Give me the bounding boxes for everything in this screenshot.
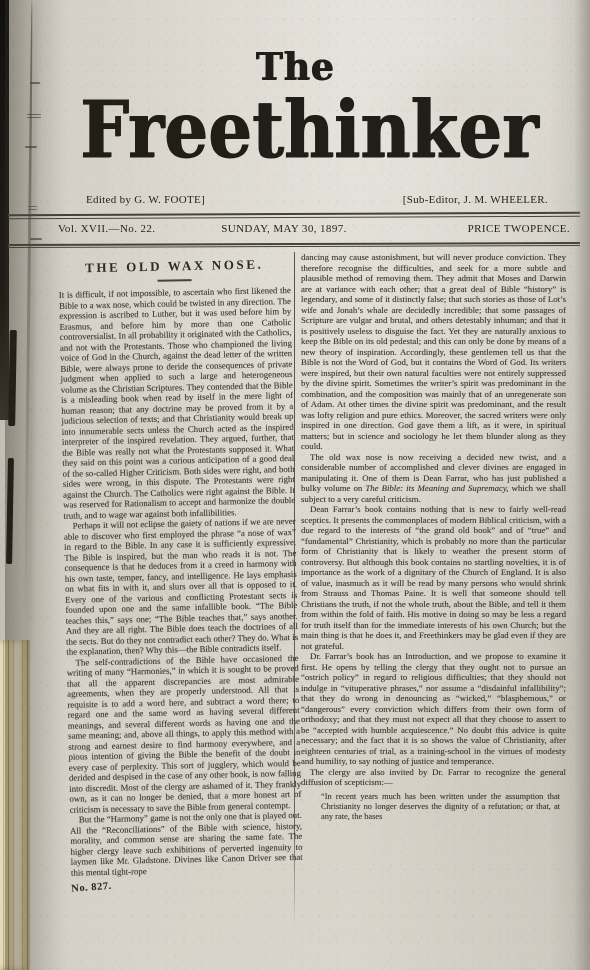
article-paragraph: dancing may cause astonishment, but will… — [301, 252, 566, 452]
page-crease — [24, 0, 34, 660]
editor-line: Edited by G. W. FOOTE] [Sub-Editor, J. M… — [86, 194, 548, 206]
issue-number: No. 827. — [71, 881, 112, 895]
article-paragraph: The old wax nose is now receiving a deci… — [301, 452, 566, 505]
headline-divider — [158, 279, 192, 282]
article-body-right: dancing may cause astonishment, but will… — [301, 252, 566, 788]
page-edge-mark — [8, 330, 17, 426]
editor-credit: Edited by G. W. FOOTE] — [86, 194, 205, 206]
article-paragraph: The self-contradictions of the Bible hav… — [66, 652, 301, 814]
page-edge-mark — [6, 458, 14, 564]
masthead-rule — [8, 216, 580, 219]
farrar-blockquote: “In recent years much has been written u… — [321, 792, 560, 822]
page-edge-stack — [0, 640, 30, 970]
book-title-italic: The Bible: its Meaning and Supremacy, — [365, 483, 508, 493]
left-column: THE OLD WAX NOSE. It is difficult, if no… — [58, 252, 303, 896]
scan-fragment — [28, 206, 37, 210]
article-paragraph: Dean Farrar’s book contains nothing that… — [301, 504, 566, 651]
dateline: Vol. XVII.—No. 22. SUNDAY, MAY 30, 1897.… — [58, 223, 570, 235]
scan-edge-shade — [574, 0, 590, 970]
right-column: dancing may cause astonishment, but will… — [301, 252, 566, 822]
scan-fragment — [25, 146, 37, 148]
masthead-title: Freethinker — [52, 84, 566, 176]
newspaper-page-scan: The Freethinker Edited by G. W. FOOTE] [… — [0, 0, 590, 970]
article-paragraph: The clergy are also invited by Dr. Farra… — [301, 767, 566, 788]
article-paragraph: Perhaps it will not eclipse the gaiety o… — [64, 516, 299, 657]
subeditor-credit: [Sub-Editor, J. M. WHEELER. — [403, 194, 548, 206]
article-paragraph: Dr. Farrar’s book has an Introduction, a… — [301, 651, 566, 767]
article-paragraph: But the “Harmony” game is not the only o… — [70, 810, 303, 878]
issue-date: SUNDAY, MAY 30, 1897. — [58, 223, 510, 235]
article-headline: THE OLD WAX NOSE. — [58, 256, 290, 277]
article-paragraph: It is difficult, if not impossible, to a… — [59, 285, 296, 521]
masthead-the: The — [0, 45, 590, 89]
scan-fragment — [30, 238, 42, 240]
scan-fragment — [27, 113, 41, 118]
article-columns: THE OLD WAX NOSE. It is difficult, if no… — [58, 252, 570, 932]
article-body-left: It is difficult, if not impossible, to a… — [59, 285, 303, 878]
